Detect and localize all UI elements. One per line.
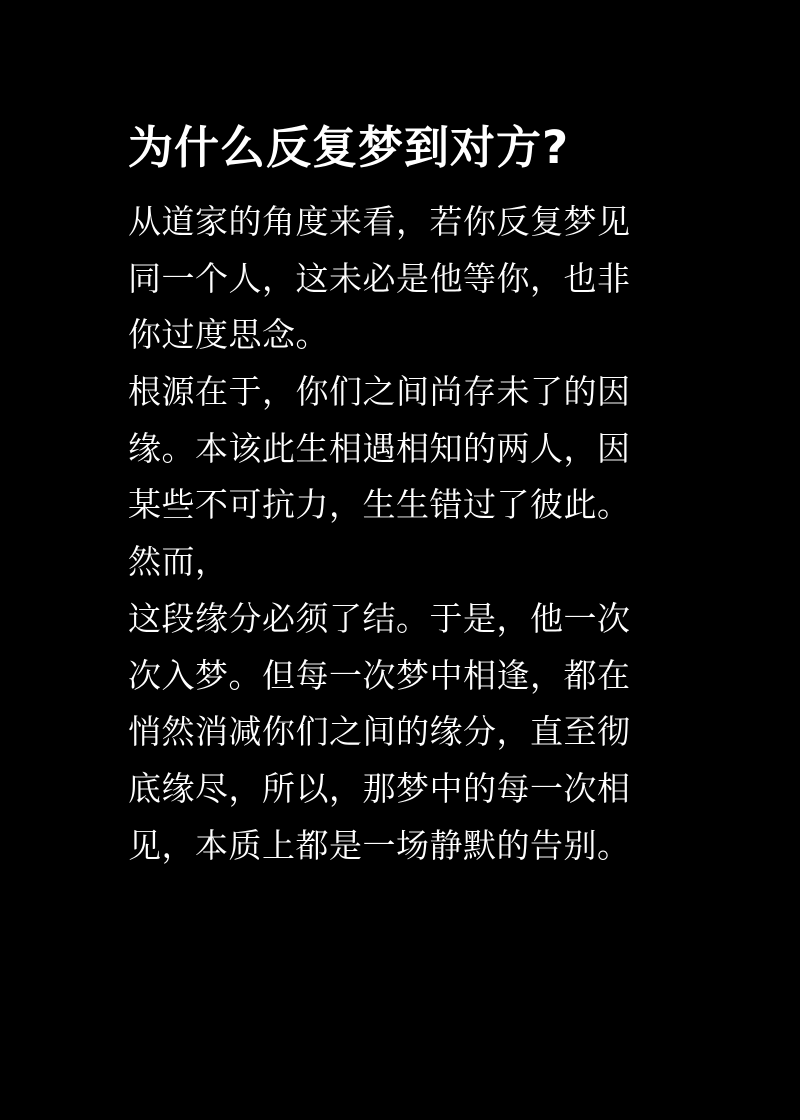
article-body: 从道家的角度来看，若你反复梦见 同一个人，这未必是他等你，也非 你过度思念。 根… bbox=[128, 194, 688, 874]
page-canvas: 为什么反复梦到对方? 从道家的角度来看，若你反复梦见 同一个人，这未必是他等你，… bbox=[0, 0, 800, 1120]
body-line: 从道家的角度来看，若你反复梦见 bbox=[128, 194, 688, 251]
body-line: 这段缘分必须了结。于是，他一次 bbox=[128, 591, 688, 648]
body-line: 某些不可抗力，生生错过了彼此。 bbox=[128, 477, 688, 534]
article-title: 为什么反复梦到对方? bbox=[128, 118, 569, 178]
body-line: 悄然消减你们之间的缘分，直至彻 bbox=[128, 704, 688, 761]
body-line: 同一个人，这未必是他等你，也非 bbox=[128, 251, 688, 308]
body-line: 你过度思念。 bbox=[128, 307, 688, 364]
body-line: 次入梦。但每一次梦中相逢，都在 bbox=[128, 648, 688, 705]
body-line: 底缘尽，所以，那梦中的每一次相 bbox=[128, 761, 688, 818]
body-line: 根源在于，你们之间尚存未了的因 bbox=[128, 364, 688, 421]
body-line: 缘。本该此生相遇相知的两人，因 bbox=[128, 421, 688, 478]
body-line: 然而， bbox=[128, 534, 688, 591]
body-line: 见，本质上都是一场静默的告别。 bbox=[128, 818, 688, 875]
